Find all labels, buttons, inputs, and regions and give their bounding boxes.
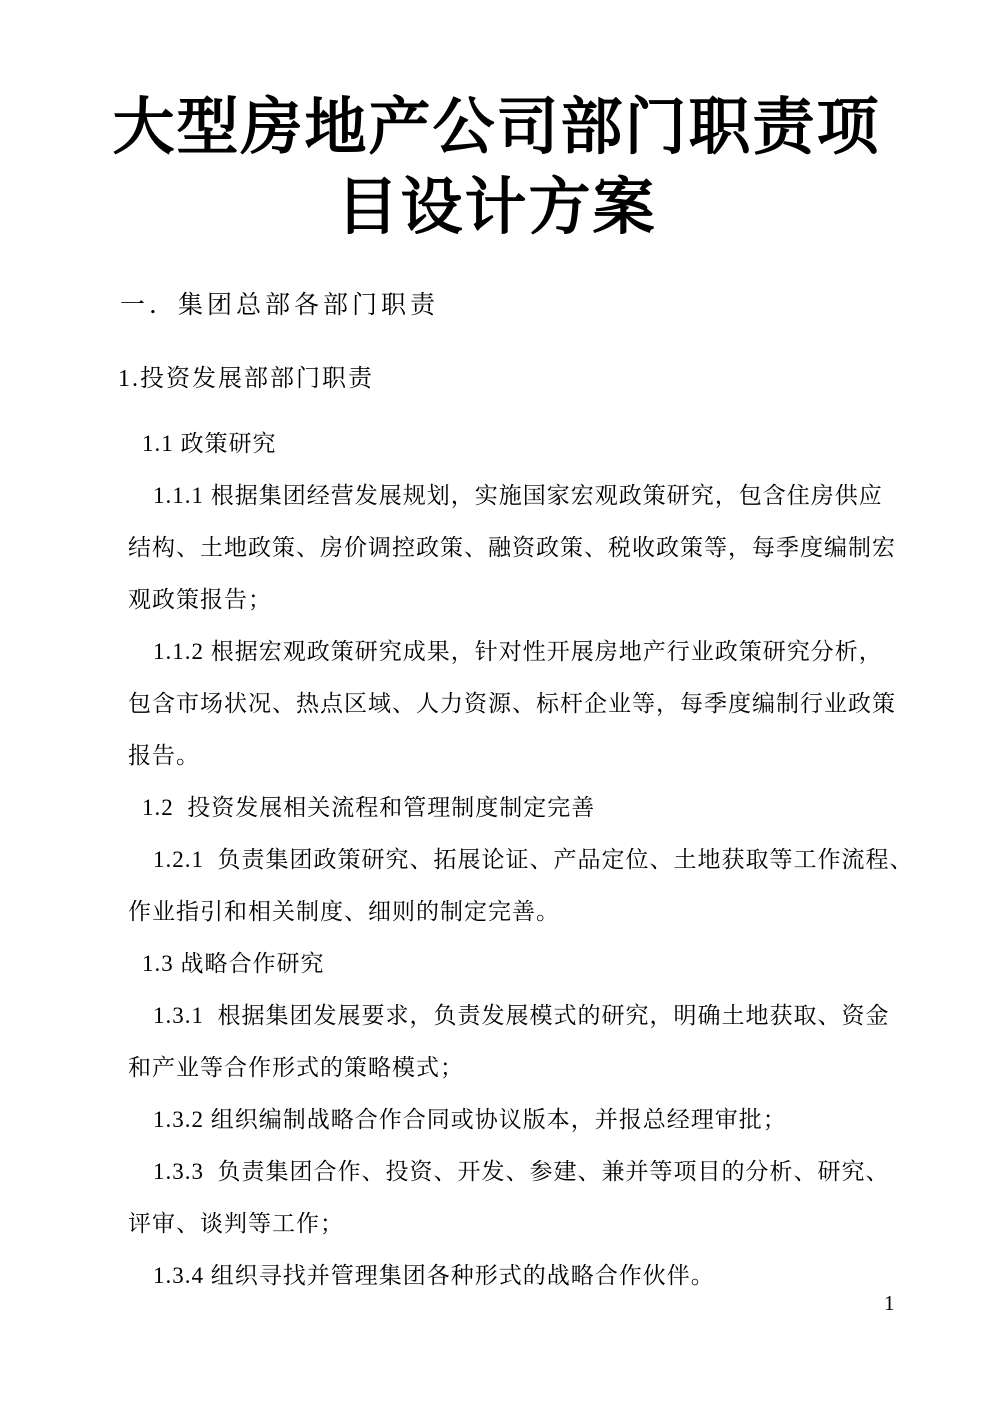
document-title: 大型房地产公司部门职责项 目设计方案 <box>0 88 993 248</box>
page-number: 1 <box>884 1288 895 1318</box>
section-heading-1: 一．集团总部各部门职责 <box>120 280 963 332</box>
title-line-1: 大型房地产公司部门职责项 <box>0 88 993 168</box>
document-page: 大型房地产公司部门职责项 目设计方案 一．集团总部各部门职责 1.投资发展部部门… <box>0 0 993 1404</box>
paragraph-1-3-1-end: 和产业等合作形式的策略模式； <box>128 1042 963 1094</box>
heading-1-1: 1.1 政策研究 <box>142 418 963 470</box>
heading-1-3: 1.3 战略合作研究 <box>142 938 963 990</box>
paragraph-1-3-4: 1.3.4 组织寻找并管理集团各种形式的战略合作伙伴。 <box>153 1250 963 1302</box>
paragraph-1-1-1-cont: 结构、土地政策、房价调控政策、融资政策、税收政策等，每季度编制宏 <box>128 522 963 574</box>
paragraph-1-1-1-end: 观政策报告； <box>128 574 963 626</box>
paragraph-1-3-1: 1.3.1 根据集团发展要求，负责发展模式的研究，明确土地获取、资金 <box>153 990 963 1042</box>
paragraph-1-1-2-cont: 包含市场状况、热点区域、人力资源、标杆企业等，每季度编制行业政策 <box>128 678 963 730</box>
paragraph-1-2-1-end: 作业指引和相关制度、细则的制定完善。 <box>128 886 963 938</box>
paragraph-1-1-2-end: 报告。 <box>128 730 963 782</box>
document-body: 一．集团总部各部门职责 1.投资发展部部门职责 1.1 政策研究 1.1.1 根… <box>0 280 993 1302</box>
paragraph-1-3-3-end: 评审、谈判等工作； <box>128 1198 963 1250</box>
heading-1-2: 1.2 投资发展相关流程和管理制度制定完善 <box>142 782 963 834</box>
heading-1: 1.投资发展部部门职责 <box>118 353 963 405</box>
paragraph-1-1-2: 1.1.2 根据宏观政策研究成果，针对性开展房地产行业政策研究分析， <box>153 626 963 678</box>
paragraph-1-3-2: 1.3.2 组织编制战略合作合同或协议版本，并报总经理审批； <box>153 1094 963 1146</box>
title-line-2: 目设计方案 <box>0 168 993 248</box>
paragraph-1-1-1: 1.1.1 根据集团经营发展规划，实施国家宏观政策研究，包含住房供应 <box>153 470 963 522</box>
paragraph-1-2-1: 1.2.1 负责集团政策研究、拓展论证、产品定位、土地获取等工作流程、 <box>153 834 963 886</box>
paragraph-1-3-3: 1.3.3 负责集团合作、投资、开发、参建、兼并等项目的分析、研究、 <box>153 1146 963 1198</box>
